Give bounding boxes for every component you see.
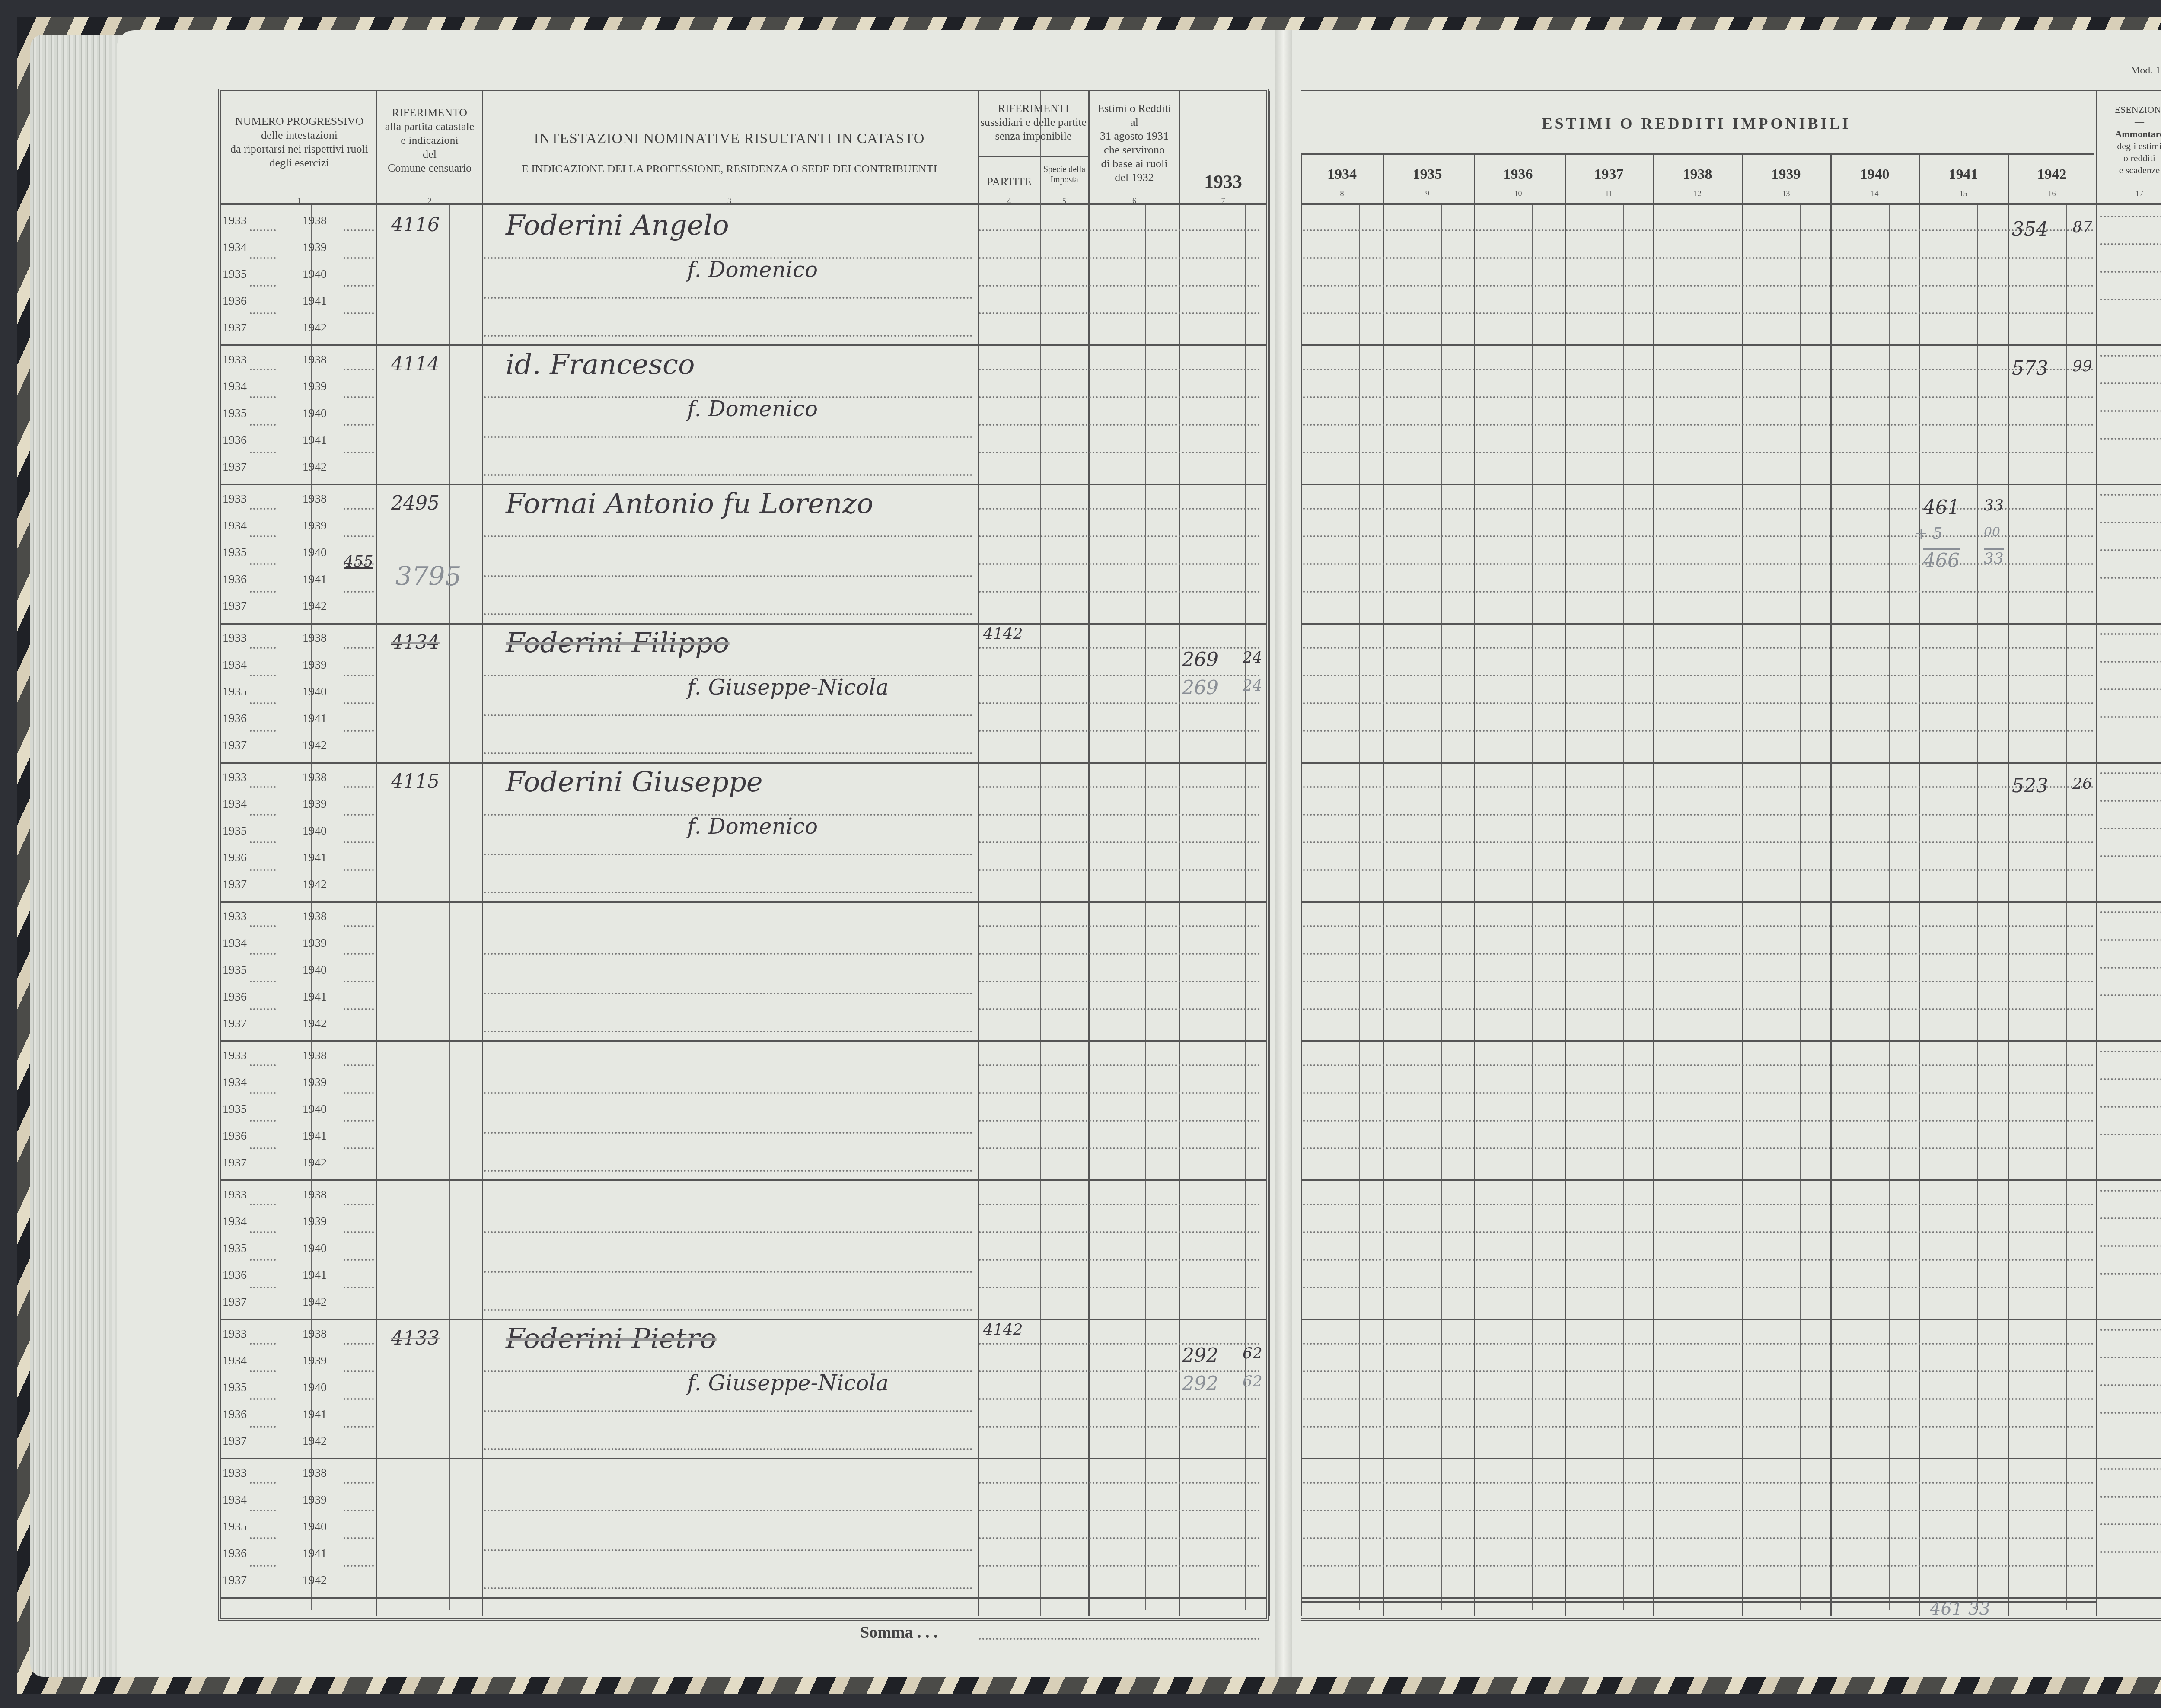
year-label: 1940 — [303, 824, 327, 838]
col6-line: 31 agosto 1931 — [1090, 129, 1179, 143]
col6-header: Estimi o Redditi al 31 agosto 1931 che s… — [1090, 102, 1179, 185]
year-label: 1936 — [223, 712, 247, 726]
riferimenti-line: senza imponibile — [979, 129, 1088, 143]
partita-number: 4134 — [391, 631, 440, 653]
dot-rule — [1303, 1370, 2094, 1372]
year-label: 1934 — [223, 1215, 247, 1229]
dot-rule — [2100, 299, 2161, 300]
name-rule — [484, 1092, 972, 1094]
dot-rule — [1303, 1287, 2094, 1288]
dot-rule — [2100, 994, 2161, 996]
year-label: 1941 — [303, 851, 327, 865]
dot-rule — [1303, 1120, 2094, 1122]
year-label: 1942 — [303, 1017, 327, 1031]
year-label: 1939 — [303, 380, 327, 394]
col1-line: delle intestazioni — [220, 128, 378, 142]
year-label: 1933 — [223, 631, 247, 645]
col7-year: 1933 — [1180, 171, 1266, 193]
year-label: 1935 — [223, 963, 247, 977]
year-label: 1941 — [303, 990, 327, 1004]
dot-rule — [979, 1259, 1260, 1261]
year-label: 1933 — [223, 1466, 247, 1480]
dot-rule — [979, 1287, 1260, 1288]
column-rule — [1383, 153, 1384, 1616]
dot-rule — [250, 1064, 276, 1066]
year-label: 1941 — [303, 1547, 327, 1561]
column-rule — [1565, 153, 1566, 1616]
col-number: 10 — [1474, 189, 1562, 198]
col-number: 15 — [1919, 189, 2008, 198]
dot-rule — [250, 1231, 276, 1233]
total-cents: 33 — [1984, 548, 2004, 567]
dot-rule — [1303, 508, 2094, 510]
dot-rule — [1303, 1510, 2094, 1511]
value-cents: 33 — [1984, 497, 2004, 514]
dot-rule — [2100, 494, 2161, 496]
year-label: 1941 — [303, 1408, 327, 1421]
col-number: 12 — [1653, 189, 1742, 198]
value-lire: 523 — [2012, 775, 2048, 797]
dot-rule — [2100, 1329, 2161, 1331]
year-label: 1933 — [223, 1049, 247, 1063]
block-divider — [1301, 1597, 2161, 1599]
book-gutter — [1275, 30, 1292, 1677]
dot-rule — [344, 1204, 374, 1205]
dot-rule — [1303, 730, 2094, 732]
partita-number: 4115 — [391, 771, 440, 793]
dot-rule — [344, 675, 374, 676]
partita-number: 2495 — [391, 492, 440, 514]
year-label: 1940 — [303, 407, 327, 421]
year-label: 1935 — [223, 546, 247, 560]
dot-rule — [2100, 1245, 2161, 1247]
taxpayer-name: Foderini Giuseppe — [506, 766, 763, 798]
dot-rule — [979, 925, 1260, 927]
dot-rule — [979, 1092, 1260, 1094]
dot-rule — [250, 869, 276, 871]
year-label: 1937 — [223, 321, 247, 335]
dot-rule — [1303, 591, 2094, 593]
column-rule — [1040, 91, 1041, 1616]
year-label: 1937 — [223, 599, 247, 613]
pencil-value-lire: 269 — [1182, 677, 1218, 699]
dot-rule — [1303, 981, 2094, 982]
partita-number: 4114 — [391, 353, 440, 375]
col4-5-header: RIFERIMENTI sussidiari e delle partite s… — [979, 102, 1088, 143]
dot-rule — [250, 1370, 276, 1372]
block-divider — [1301, 762, 2161, 764]
dot-rule — [2100, 855, 2161, 857]
dot-rule — [979, 452, 1260, 453]
name-rule — [484, 1031, 972, 1032]
year-label: 1933 — [223, 910, 247, 924]
dot-rule — [250, 369, 276, 370]
dot-rule — [979, 312, 1260, 314]
year-column-header: 1938 — [1653, 166, 1742, 183]
year-label: 1938 — [303, 214, 327, 228]
year-label: 1938 — [303, 631, 327, 645]
dot-rule — [344, 535, 374, 537]
dot-rule — [1303, 1231, 2094, 1233]
dot-rule — [2100, 716, 2161, 718]
block-divider — [220, 344, 1266, 346]
name-rule — [484, 297, 972, 299]
dot-rule — [344, 452, 374, 453]
dot-rule — [1303, 229, 2094, 231]
year-label: 1936 — [223, 990, 247, 1004]
year-label: 1934 — [223, 241, 247, 255]
dot-rule — [1303, 1259, 2094, 1261]
dot-rule — [344, 1510, 374, 1511]
col-number: 8 — [1301, 189, 1383, 198]
col6-line: che servirono — [1090, 143, 1179, 157]
year-label: 1938 — [303, 492, 327, 506]
partite-subheader: PARTITE — [979, 175, 1039, 189]
column-rule — [376, 91, 377, 1616]
dot-rule — [2100, 1051, 2161, 1052]
header-divider — [220, 203, 1266, 205]
dot-rule — [1303, 786, 2094, 788]
year-label: 1939 — [303, 937, 327, 950]
dot-rule — [2100, 800, 2161, 802]
column-rule — [978, 91, 979, 1616]
dot-rule — [1303, 925, 2094, 927]
dot-rule — [1303, 1537, 2094, 1539]
dot-rule — [979, 1510, 1260, 1511]
dot-rule — [344, 869, 374, 871]
col-number: 9 — [1383, 189, 1472, 198]
year-label: 1933 — [223, 1188, 247, 1202]
partita-extra: 3795 — [395, 561, 462, 592]
col2-line: alla partita catastale — [379, 120, 480, 134]
dot-rule — [344, 1398, 374, 1400]
col3-subtitle: E INDICAZIONE DELLA PROFESSIONE, RESIDEN… — [482, 162, 977, 176]
year-label: 1939 — [303, 241, 327, 255]
year-label: 1938 — [303, 771, 327, 784]
year-label: 1935 — [223, 1520, 247, 1534]
block-divider — [220, 1597, 1266, 1599]
dot-rule — [344, 1008, 374, 1010]
dot-rule — [344, 1064, 374, 1066]
dot-rule — [1303, 702, 2094, 704]
somma-rule — [979, 1638, 1260, 1640]
dot-rule — [344, 1565, 374, 1567]
dot-rule — [979, 396, 1260, 398]
dot-rule — [979, 535, 1260, 537]
dot-rule — [2100, 438, 2161, 440]
dot-rule — [1303, 563, 2094, 565]
year-label: 1936 — [223, 851, 247, 865]
col2-header: RIFERIMENTO alla partita catastale e ind… — [379, 106, 480, 175]
dot-rule — [2100, 522, 2161, 523]
dot-rule — [250, 1008, 276, 1010]
cents-rule — [2155, 205, 2155, 1610]
name-rule — [484, 535, 972, 537]
name-rule — [484, 1271, 972, 1273]
block-divider — [220, 1179, 1266, 1181]
dot-rule — [2100, 688, 2161, 690]
year-label: 1935 — [223, 1103, 247, 1116]
block-divider — [1301, 1040, 2161, 1042]
addition-lire: + 5 — [1915, 525, 1943, 542]
year-label: 1942 — [303, 878, 327, 892]
dot-rule — [979, 675, 1260, 676]
name-rule — [484, 1132, 972, 1134]
year-label: 1936 — [223, 1547, 247, 1561]
dot-rule — [1303, 814, 2094, 816]
dot-rule — [344, 1537, 374, 1539]
year-label: 1942 — [303, 1295, 327, 1309]
col-number: 13 — [1742, 189, 1830, 198]
year-column-header: 1936 — [1474, 166, 1562, 183]
dot-rule — [250, 1398, 276, 1400]
dot-rule — [979, 730, 1260, 732]
block-divider — [1301, 484, 2161, 485]
name-rule — [484, 1231, 972, 1233]
esenzioni-line: Ammontare — [2100, 128, 2161, 140]
dot-rule — [1303, 675, 2094, 676]
year-label: 1937 — [223, 1574, 247, 1587]
year-label: 1938 — [303, 1049, 327, 1063]
name-rule — [484, 1587, 972, 1589]
dot-rule — [2100, 1078, 2161, 1080]
dot-rule — [344, 1482, 374, 1484]
block-divider — [1301, 1319, 2161, 1320]
dot-rule — [2100, 1384, 2161, 1386]
year-label: 1938 — [303, 1327, 327, 1341]
pencil-value-cents: 24 — [1243, 677, 1262, 695]
dot-rule — [250, 981, 276, 982]
year-column-header: 1934 — [1301, 166, 1383, 183]
dot-rule — [979, 1008, 1260, 1010]
year-label: 1935 — [223, 685, 247, 699]
col2-title: RIFERIMENTO — [379, 106, 480, 120]
year-label: 1940 — [303, 1520, 327, 1534]
dot-rule — [2100, 1134, 2161, 1135]
block-divider — [220, 484, 1266, 485]
riferimenti-line: sussidiari e delle partite — [979, 115, 1088, 129]
block-divider — [1301, 623, 2161, 625]
dot-rule — [1303, 1343, 2094, 1345]
col6-title: Estimi o Redditi — [1090, 102, 1179, 115]
dot-rule — [2100, 1468, 2161, 1470]
column-rule — [1653, 153, 1654, 1616]
dot-rule — [250, 508, 276, 510]
dot-rule — [1303, 424, 2094, 426]
dot-rule — [979, 508, 1260, 510]
dot-rule — [250, 1343, 276, 1345]
dot-rule — [1303, 396, 2094, 398]
name-rule — [484, 1410, 972, 1412]
dot-rule — [2100, 549, 2161, 551]
column-rule — [1269, 91, 1270, 1616]
name-rule — [484, 993, 972, 994]
dot-rule — [344, 508, 374, 510]
dot-rule — [344, 591, 374, 593]
dot-rule — [344, 369, 374, 370]
name-rule — [484, 1309, 972, 1311]
year-column-header: 1941 — [1919, 166, 2008, 183]
value-cents: 26 — [2072, 775, 2092, 793]
year-label: 1941 — [303, 433, 327, 447]
dot-rule — [1303, 1147, 2094, 1149]
year-label: 1940 — [303, 963, 327, 977]
dot-rule — [979, 953, 1260, 955]
esenzioni-title: ESENZIONI — [2100, 104, 2161, 116]
year-label: 1938 — [303, 353, 327, 367]
dot-rule — [344, 312, 374, 314]
dot-rule — [344, 257, 374, 259]
dot-rule — [250, 1537, 276, 1539]
year-label: 1937 — [223, 1295, 247, 1309]
year-column-header: 1939 — [1742, 166, 1830, 183]
dot-rule — [344, 981, 374, 982]
taxpayer-name: Foderini Pietro — [506, 1323, 717, 1355]
year-label: 1939 — [303, 797, 327, 811]
year-label: 1933 — [223, 492, 247, 506]
dot-rule — [2100, 828, 2161, 829]
dot-rule — [1303, 535, 2094, 537]
year-label: 1941 — [303, 573, 327, 586]
value-cents: 99 — [2072, 357, 2092, 375]
year-label: 1942 — [303, 321, 327, 335]
dot-rule — [2100, 410, 2161, 412]
dot-rule — [250, 953, 276, 955]
page-edges-left — [30, 35, 125, 1677]
year-label: 1934 — [223, 1354, 247, 1368]
year-label: 1937 — [223, 739, 247, 752]
year-label: 1942 — [303, 460, 327, 474]
dot-rule — [979, 285, 1260, 287]
year-label: 1933 — [223, 353, 247, 367]
dot-rule — [2100, 967, 2161, 969]
dot-rule — [250, 841, 276, 843]
block-divider — [220, 762, 1266, 764]
block-divider — [220, 1458, 1266, 1459]
name-rule — [484, 436, 972, 438]
dot-rule — [1303, 1482, 2094, 1484]
year-label: 1938 — [303, 910, 327, 924]
dot-rule — [979, 1147, 1260, 1149]
year-label: 1937 — [223, 878, 247, 892]
col-number: 11 — [1565, 189, 1653, 198]
addition-cents: 00 — [1984, 525, 2000, 540]
dot-rule — [2100, 661, 2161, 663]
dot-rule — [250, 229, 276, 231]
name-rule — [484, 892, 972, 893]
block-divider — [220, 1319, 1266, 1320]
taxpayer-name: Foderini Angelo — [506, 210, 729, 242]
dot-rule — [979, 1231, 1260, 1233]
column-rule — [2008, 153, 2009, 1616]
dot-rule — [2100, 1106, 2161, 1108]
dot-rule — [979, 229, 1260, 231]
column-rule — [1742, 153, 1743, 1616]
year-label: 1942 — [303, 599, 327, 613]
right-ledger-table — [1301, 89, 2161, 1621]
year-label: 1935 — [223, 407, 247, 421]
dot-rule — [250, 786, 276, 788]
year-label: 1939 — [303, 1215, 327, 1229]
dot-rule — [979, 869, 1260, 871]
dot-rule — [979, 702, 1260, 704]
dot-rule — [979, 1370, 1260, 1372]
block-divider — [220, 623, 1266, 625]
taxpayer-name: Fornai Antonio fu Lorenzo — [506, 488, 873, 520]
dot-rule — [979, 563, 1260, 565]
form-code: Mod. 111 - Imposte Dirette (Intercalare)… — [2131, 65, 2161, 76]
value-cents: 87 — [2072, 218, 2092, 236]
year-label: 1934 — [223, 797, 247, 811]
dot-rule — [1303, 1204, 2094, 1205]
dot-rule — [250, 285, 276, 287]
dot-rule — [1303, 285, 2094, 287]
column-rule — [1301, 153, 1302, 1616]
dot-rule — [979, 1565, 1260, 1567]
dot-rule — [979, 981, 1260, 982]
year-column-header: 1942 — [2008, 166, 2096, 183]
dot-rule — [979, 841, 1260, 843]
year-label: 1942 — [303, 1434, 327, 1448]
dot-rule — [344, 424, 374, 426]
name-rule — [484, 1549, 972, 1551]
estimi-group-title: ESTIMI O REDDITI IMPONIBILI — [1301, 117, 2092, 131]
dot-rule — [1303, 369, 2094, 370]
taxpayer-name: Foderini Filippo — [506, 627, 730, 659]
dot-rule — [250, 675, 276, 676]
partite-reference: 4142 — [983, 1321, 1023, 1338]
dot-rule — [250, 814, 276, 816]
dot-rule — [2100, 1357, 2161, 1358]
year-label: 1936 — [223, 1268, 247, 1282]
year-label: 1933 — [223, 214, 247, 228]
year-label: 1935 — [223, 824, 247, 838]
esenzioni-dash: — — [2100, 116, 2161, 128]
esenzioni-header: ESENZIONI — Ammontare degli estimi o red… — [2100, 104, 2161, 176]
sub-column-rule — [449, 205, 450, 1610]
year-label: 1940 — [303, 1103, 327, 1116]
dot-rule — [979, 257, 1260, 259]
dot-rule — [2100, 1496, 2161, 1498]
dot-rule — [2100, 633, 2161, 635]
dot-rule — [250, 1204, 276, 1205]
year-label: 1934 — [223, 519, 247, 533]
dot-rule — [2100, 271, 2161, 273]
dot-rule — [1303, 1008, 2094, 1010]
year-label: 1940 — [303, 1242, 327, 1256]
col2-line: del — [379, 147, 480, 161]
col2-line: e indicazioni — [379, 134, 480, 147]
dot-rule — [979, 591, 1260, 593]
column-rule — [1179, 91, 1180, 1616]
riferimenti-divider — [979, 156, 1089, 157]
dot-rule — [250, 424, 276, 426]
dot-rule — [1303, 841, 2094, 843]
name-rule — [484, 1448, 972, 1450]
dot-rule — [2100, 1551, 2161, 1553]
dot-rule — [344, 1092, 374, 1094]
dot-rule — [250, 1287, 276, 1288]
dot-rule — [250, 1120, 276, 1122]
year-label: 1934 — [223, 380, 247, 394]
name-rule — [484, 752, 972, 754]
header-divider — [1301, 203, 2161, 205]
year-label: 1937 — [223, 1156, 247, 1170]
dot-rule — [344, 285, 374, 287]
dot-rule — [1303, 1426, 2094, 1428]
dot-rule — [250, 396, 276, 398]
year-label: 1936 — [223, 1408, 247, 1421]
